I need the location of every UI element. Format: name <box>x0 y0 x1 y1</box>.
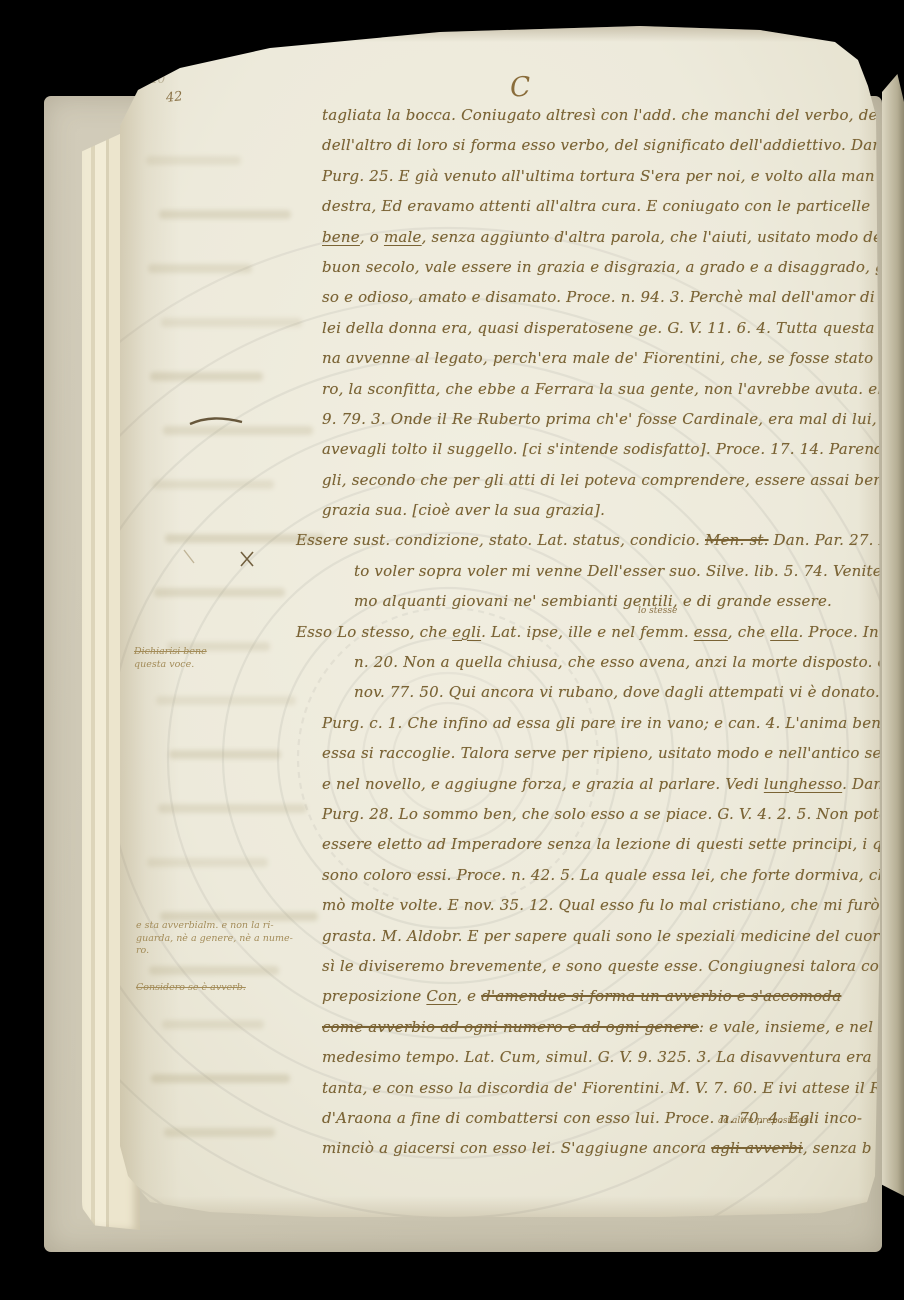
manuscript-line: avevagli tolto il suggello. [ci s'intend… <box>296 434 884 464</box>
manuscript-line: preposizione Con, e d'amendue si forma u… <box>296 981 884 1011</box>
manuscript-line: come avverbio ad ogni numero e ad ogni g… <box>296 1012 884 1042</box>
manuscript-line: Essere sust. condizione, stato. Lat. sta… <box>296 525 884 555</box>
manuscript-line: 9. 79. 3. Onde il Re Ruberto prima ch'e'… <box>296 404 884 434</box>
manuscript-line: to voler sopra voler mi venne Dell'esser… <box>296 556 884 586</box>
margin-note-line: questa voce. <box>134 659 207 672</box>
manuscript-line: sì le diviseremo brevemente, e sono ques… <box>296 951 884 981</box>
manuscript-line: minciò a giacersi con esso lei. S'aggiug… <box>296 1133 884 1163</box>
manuscript-line: e nel novello, e aggiugne forza, e grazi… <box>296 769 884 799</box>
margin-cross-mark <box>241 552 253 566</box>
manuscript-text-block: tagliata la bocca. Coniugato altresì con… <box>296 100 884 1164</box>
next-leaf-edge <box>882 74 904 1196</box>
margin-dash-mark <box>190 418 242 424</box>
manuscript-line: ro, la sconfitta, che ebbe a Ferrara la … <box>296 374 884 404</box>
manuscript-line: Purg. 25. E già venuto all'ultima tortur… <box>296 161 884 191</box>
margin-note-revision: Dichiarisi bene questa voce. <box>134 646 207 671</box>
margin-note-adverbial: e sta avverbialm. e non la ri- guarda, n… <box>136 920 293 958</box>
margin-slash-mark <box>184 550 194 563</box>
manuscript-line: na avvenne al legato, perch'era male de'… <box>296 343 884 373</box>
manuscript-line: n. 20. Non a quella chiusa, che esso ave… <box>296 647 884 677</box>
manuscript-line: destra, Ed eravamo attenti all'altra cur… <box>296 191 884 221</box>
margin-note-line: Dichiarisi bene <box>134 646 207 659</box>
manuscript-line: tanta, e con esso la discordia de' Fiore… <box>296 1073 884 1103</box>
manuscript-line: d'Araona a fine di combattersi con esso … <box>296 1103 884 1133</box>
manuscript-line: Purg. 28. Lo sommo ben, che solo esso a … <box>296 799 884 829</box>
margin-note-consider: Considero se è avverb. <box>136 982 246 995</box>
manuscript-line: grasta. M. Aldobr. E per sapere quali so… <box>296 921 884 951</box>
manuscript-line: Purg. c. 1. Che infino ad essa gli pare … <box>296 708 884 738</box>
manuscript-line: mo alquanti giovani ne' sembianti gentil… <box>296 586 884 616</box>
manuscript-line: grazia sua. [cioè aver la sua grazia]. <box>296 495 884 525</box>
manuscript-line: essa si raccoglie. Talora serve per ripi… <box>296 738 884 768</box>
manuscript-line: gli, secondo che per gli atti di lei pot… <box>296 465 884 495</box>
manuscript-line: lei della donna era, quasi disperatosene… <box>296 313 884 343</box>
margin-note-line: e sta avverbialm. e non la ri- <box>136 920 293 933</box>
manuscript-line: so e odioso, amato e disamato. Proce. n.… <box>296 282 884 312</box>
margin-note-line: ro. <box>136 945 293 958</box>
manuscript-line: dell'altro di loro si forma esso verbo, … <box>296 130 884 160</box>
manuscript-line: nov. 77. 50. Qui ancora vi rubano, dove … <box>296 677 884 707</box>
manuscript-line: medesimo tempo. Lat. Cum, simul. G. V. 9… <box>296 1042 884 1072</box>
manuscript-line: sono coloro essi. Proce. n. 42. 5. La qu… <box>296 860 884 890</box>
manuscript-line: Esso Lo stesso, che egli. Lat. ipse, ill… <box>296 617 884 647</box>
manuscript-line: tagliata la bocca. Coniugato altresì con… <box>296 100 884 130</box>
manuscript-line: buon secolo, vale essere in grazia e dis… <box>296 252 884 282</box>
manuscript-page: 40 42 C Dichiarisi bene questa voce. e s… <box>120 26 884 1218</box>
manuscript-line: essere eletto ad Imperadore senza la lez… <box>296 829 884 859</box>
manuscript-line: bene, o male, senza aggiunto d'altra par… <box>296 222 884 252</box>
manuscript-line: mò molte volte. E nov. 35. 12. Qual esso… <box>296 890 884 920</box>
margin-note-line: guarda, nè a genere, nè a nume- <box>136 933 293 946</box>
